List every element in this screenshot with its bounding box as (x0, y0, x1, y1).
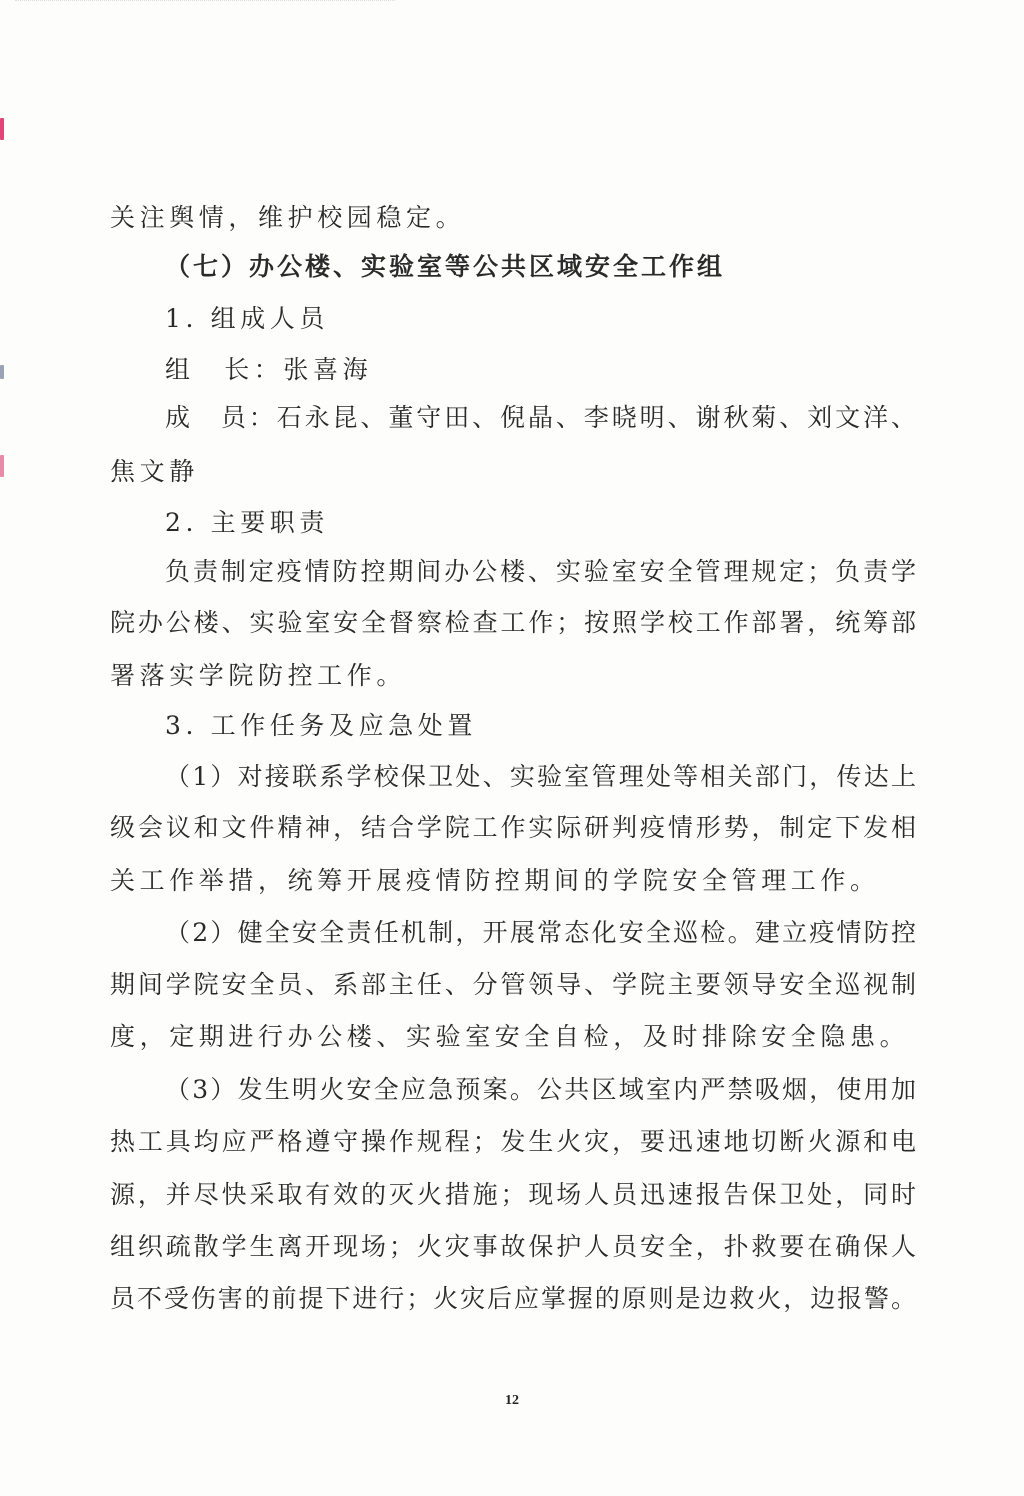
members-line-cont: 焦文静 (110, 457, 916, 487)
subheading-tasks: 3. 工作任务及应急处置 (165, 711, 916, 741)
paragraph-line: 热工具均应严格遵守操作规程；发生火灾，要迅速地切断火源和电 (110, 1127, 916, 1157)
members-line: 成 员：石永昆、董守田、倪晶、李晓明、谢秋菊、刘文洋、 (165, 403, 916, 433)
edge-mark-pink (0, 455, 4, 477)
paragraph-line: 度，定期进行办公楼、实验室安全自检，及时排除安全隐患。 (110, 1022, 916, 1052)
edge-mark-pink (0, 118, 4, 140)
paragraph-line: 级会议和文件精神，结合学院工作实际研判疫情形势，制定下发相 (110, 813, 916, 843)
page-number: 12 (0, 1393, 1024, 1409)
paragraph-line: （2）健全安全责任机制，开展常态化安全巡检。建立疫情防控 (165, 918, 916, 948)
paragraph-line: （1）对接联系学校保卫处、实验室管理处等相关部门，传达上 (165, 762, 916, 792)
paragraph-line: 关工作举措，统筹开展疫情防控期间的学院安全管理工作。 (110, 866, 916, 896)
paragraph-line: 院办公楼、实验室安全督察检查工作；按照学校工作部署，统筹部 (110, 608, 916, 638)
document-page: 关注舆情，维护校园稳定。 （七）办公楼、实验室等公共区域安全工作组 1. 组成人… (0, 0, 1024, 1496)
paragraph-line: 关注舆情，维护校园稳定。 (110, 203, 916, 233)
paragraph-line: 员不受伤害的前提下进行；火灾后应掌握的原则是边救火，边报警。 (110, 1284, 916, 1314)
group-leader-line: 组 长：张喜海 (165, 355, 916, 385)
section-heading: （七）办公楼、实验室等公共区域安全工作组 (165, 252, 916, 282)
edge-mark-gray (0, 365, 4, 379)
paragraph-line: 组织疏散学生离开现场；火灾事故保护人员安全，扑救要在确保人 (110, 1232, 916, 1262)
subheading-members: 1. 组成人员 (165, 304, 916, 334)
paragraph-line: 负责制定疫情防控期间办公楼、实验室安全管理规定；负责学 (165, 557, 916, 587)
paragraph-line: 期间学院安全员、系部主任、分管领导、学院主要领导安全巡视制 (110, 970, 916, 1000)
paragraph-line: 源，并尽快采取有效的灭火措施；现场人员迅速报告保卫处，同时 (110, 1180, 916, 1210)
subheading-duties: 2. 主要职责 (165, 508, 916, 538)
scan-artifact (15, 0, 395, 7)
paragraph-line: （3）发生明火安全应急预案。公共区域室内严禁吸烟，使用加 (165, 1075, 916, 1105)
paragraph-line: 署落实学院防控工作。 (110, 661, 916, 691)
